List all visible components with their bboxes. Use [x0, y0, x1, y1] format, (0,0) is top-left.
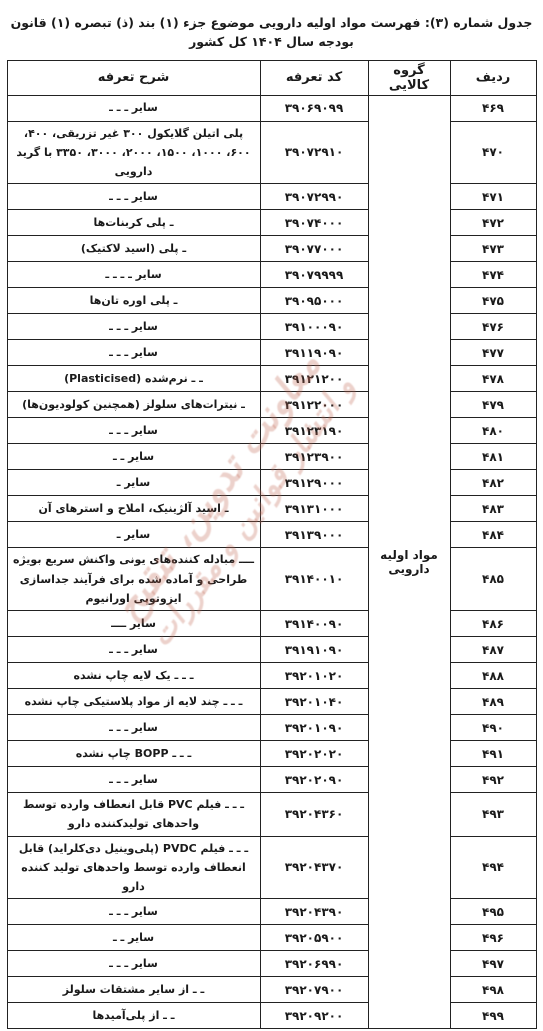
table-row: ۴۷۳۳۹۰۷۷۰۰۰ـ پلی (اسید لاکتیک) — [7, 236, 536, 262]
row-number-cell: ۴۹۲ — [450, 767, 536, 793]
row-number-cell: ۴۷۵ — [450, 288, 536, 314]
table-row: ۴۹۷۳۹۲۰۶۹۹۰سایر ـ ـ ـ — [7, 951, 536, 977]
tariff-description-cell: ـ ـ ـ فیلم PVDC (پلی‌وینیل دی‌کلراید) قا… — [7, 836, 260, 899]
table-row: ۴۷۴۳۹۰۷۹۹۹۹سایر ـ ـ ـ ـ — [7, 262, 536, 288]
page-title: جدول شماره (۳): فهرست مواد اولیه دارویی … — [0, 0, 543, 60]
header-tariff-description: شرح تعرفه — [7, 60, 260, 95]
table-row: ۴۹۰۳۹۲۰۱۰۹۰سایر ـ ـ ـ — [7, 715, 536, 741]
tariff-code-cell: ۳۹۲۰۱۰۲۰ — [260, 663, 368, 689]
row-number-cell: ۴۹۶ — [450, 925, 536, 951]
table-row: ۴۸۳۳۹۱۳۱۰۰۰ـ اسید آلژینیک، املاح و استره… — [7, 496, 536, 522]
table-row: ۴۹۴۳۹۲۰۴۳۷۰ـ ـ ـ فیلم PVDC (پلی‌وینیل دی… — [7, 836, 536, 899]
row-number-cell: ۴۹۷ — [450, 951, 536, 977]
tariff-code-cell: ۳۹۲۰۵۹۰۰ — [260, 925, 368, 951]
tariff-code-cell: ۳۹۲۰۹۲۰۰ — [260, 1003, 368, 1029]
header-tariff-code: کد تعرفه — [260, 60, 368, 95]
tariff-code-cell: ۳۹۱۰۰۰۹۰ — [260, 314, 368, 340]
tariff-code-cell: ۳۹۱۲۳۹۰۰ — [260, 444, 368, 470]
table-row: ۴۸۷۳۹۱۹۱۰۹۰سایر ـ ـ ـ — [7, 637, 536, 663]
tariff-description-cell: ــــ مبادله کننده‌های یونی واکنش سریع بو… — [7, 548, 260, 611]
header-goods-group: گروه کالایی — [368, 60, 450, 95]
row-number-cell: ۴۸۴ — [450, 522, 536, 548]
row-number-cell: ۴۹۰ — [450, 715, 536, 741]
table-row: ۴۹۳۳۹۲۰۴۳۶۰ـ ـ ـ فیلم PVC قابل انعطاف وا… — [7, 793, 536, 837]
tariff-description-cell: سایر ـ ـ ـ — [7, 95, 260, 121]
tariff-description-cell: سایر ـ ـ ـ — [7, 767, 260, 793]
row-number-cell: ۴۸۸ — [450, 663, 536, 689]
row-number-cell: ۴۷۷ — [450, 340, 536, 366]
row-number-cell: ۴۸۱ — [450, 444, 536, 470]
tariff-code-cell: ۳۹۲۰۴۳۹۰ — [260, 899, 368, 925]
tariff-description-cell: سایر ـ ـ ـ — [7, 899, 260, 925]
table-row: ۴۷۸۳۹۱۲۱۲۰۰ـ ـ نرم‌شده (Plasticised) — [7, 366, 536, 392]
tariff-code-cell: ۳۹۱۲۲۰۰۰ — [260, 392, 368, 418]
tariff-code-cell: ۳۹۲۰۲۰۲۰ — [260, 741, 368, 767]
table-row: ۴۷۰۳۹۰۷۲۹۱۰پلی اتیلن گلایکول ۳۰۰ غیر تزر… — [7, 121, 536, 184]
tariff-description-cell: ـ پلی اوره تان‌ها — [7, 288, 260, 314]
table-row: ۴۷۱۳۹۰۷۲۹۹۰سایر ـ ـ ـ — [7, 184, 536, 210]
table-row: ۴۸۴۳۹۱۳۹۰۰۰سایر ـ — [7, 522, 536, 548]
table-row: ۴۸۸۳۹۲۰۱۰۲۰ـ ـ ـ یک لایه چاپ نشده — [7, 663, 536, 689]
table-row: ۴۷۲۳۹۰۷۴۰۰۰ـ پلی کربنات‌ها — [7, 210, 536, 236]
tariff-code-cell: ۳۹۲۰۶۹۹۰ — [260, 951, 368, 977]
table-row: ۴۹۱۳۹۲۰۲۰۲۰ـ ـ ـ BOPP چاپ نشده — [7, 741, 536, 767]
table-row: ۴۹۹۳۹۲۰۹۲۰۰ـ ـ از پلی‌آمیدها — [7, 1003, 536, 1029]
table-row: ۴۹۶۳۹۲۰۵۹۰۰سایر ـ ـ — [7, 925, 536, 951]
tariff-description-cell: ـ ـ نرم‌شده (Plasticised) — [7, 366, 260, 392]
row-number-cell: ۴۸۰ — [450, 418, 536, 444]
table-row: ۴۸۲۳۹۱۲۹۰۰۰سایر ـ — [7, 470, 536, 496]
tariff-code-cell: ۳۹۰۷۲۹۱۰ — [260, 121, 368, 184]
row-number-cell: ۴۷۲ — [450, 210, 536, 236]
row-number-cell: ۴۶۹ — [450, 95, 536, 121]
row-number-cell: ۴۸۶ — [450, 611, 536, 637]
tariff-description-cell: ـ نیترات‌های سلولز (همچنین کولودیون‌ها) — [7, 392, 260, 418]
tariff-code-cell: ۳۹۰۶۹۰۹۹ — [260, 95, 368, 121]
tariff-code-cell: ۳۹۱۳۹۰۰۰ — [260, 522, 368, 548]
tariff-code-cell: ۳۹۰۷۴۰۰۰ — [260, 210, 368, 236]
tariff-code-cell: ۳۹۱۲۱۲۰۰ — [260, 366, 368, 392]
document-page: جدول شماره (۳): فهرست مواد اولیه دارویی … — [0, 0, 543, 1031]
tariff-description-cell: سایر ــــ — [7, 611, 260, 637]
tariff-table: ردیف گروه کالایی کد تعرفه شرح تعرفه ۴۶۹م… — [7, 60, 537, 1030]
tariff-description-cell: ـ پلی کربنات‌ها — [7, 210, 260, 236]
tariff-description-cell: ـ ـ ـ فیلم PVC قابل انعطاف وارده توسط وا… — [7, 793, 260, 837]
tariff-code-cell: ۳۹۱۴۰۰۹۰ — [260, 611, 368, 637]
tariff-code-cell: ۳۹۱۲۹۰۰۰ — [260, 470, 368, 496]
tariff-code-cell: ۳۹۱۴۰۰۱۰ — [260, 548, 368, 611]
table-row: ۴۹۵۳۹۲۰۴۳۹۰سایر ـ ـ ـ — [7, 899, 536, 925]
table-row: ۴۸۵۳۹۱۴۰۰۱۰ــــ مبادله کننده‌های یونی وا… — [7, 548, 536, 611]
tariff-description-cell: سایر ـ ـ ـ — [7, 184, 260, 210]
tariff-description-cell: ـ ـ ـ یک لایه چاپ نشده — [7, 663, 260, 689]
tariff-description-cell: سایر ـ ـ ـ — [7, 715, 260, 741]
table-row: ۴۶۹مواد اولیه دارویی۳۹۰۶۹۰۹۹سایر ـ ـ ـ — [7, 95, 536, 121]
table-row: ۴۸۱۳۹۱۲۳۹۰۰سایر ـ ـ — [7, 444, 536, 470]
tariff-description-cell: ـ ـ از پلی‌آمیدها — [7, 1003, 260, 1029]
tariff-code-cell: ۳۹۲۰۲۰۹۰ — [260, 767, 368, 793]
tariff-code-cell: ۳۹۰۷۲۹۹۰ — [260, 184, 368, 210]
tariff-code-cell: ۳۹۱۳۱۰۰۰ — [260, 496, 368, 522]
table-row: ۴۸۶۳۹۱۴۰۰۹۰سایر ــــ — [7, 611, 536, 637]
tariff-code-cell: ۳۹۲۰۴۳۷۰ — [260, 836, 368, 899]
table-row: ۴۷۶۳۹۱۰۰۰۹۰سایر ـ ـ ـ — [7, 314, 536, 340]
row-number-cell: ۴۹۵ — [450, 899, 536, 925]
table-row: ۴۸۰۳۹۱۲۳۱۹۰سایر ـ ـ ـ — [7, 418, 536, 444]
row-number-cell: ۴۹۱ — [450, 741, 536, 767]
tariff-code-cell: ۳۹۰۷۹۹۹۹ — [260, 262, 368, 288]
row-number-cell: ۴۷۴ — [450, 262, 536, 288]
tariff-code-cell: ۳۹۲۰۱۰۹۰ — [260, 715, 368, 741]
tariff-code-cell: ۳۹۲۰۷۹۰۰ — [260, 977, 368, 1003]
table-header: ردیف گروه کالایی کد تعرفه شرح تعرفه — [7, 60, 536, 95]
table-row: ۴۷۷۳۹۱۱۹۰۹۰سایر ـ ـ ـ — [7, 340, 536, 366]
tariff-description-cell: سایر ـ ـ ـ — [7, 314, 260, 340]
table-row: ۴۹۸۳۹۲۰۷۹۰۰ـ ـ از سایر مشتقات سلولز — [7, 977, 536, 1003]
row-number-cell: ۴۷۱ — [450, 184, 536, 210]
tariff-description-cell: سایر ـ ـ ـ — [7, 340, 260, 366]
tariff-code-cell: ۳۹۲۰۴۳۶۰ — [260, 793, 368, 837]
tariff-code-cell: ۳۹۱۱۹۰۹۰ — [260, 340, 368, 366]
tariff-description-cell: ـ اسید آلژینیک، املاح و استرهای آن — [7, 496, 260, 522]
tariff-description-cell: سایر ـ — [7, 522, 260, 548]
row-number-cell: ۴۷۶ — [450, 314, 536, 340]
row-number-cell: ۴۹۸ — [450, 977, 536, 1003]
tariff-description-cell: ـ ـ ـ چند لایه از مواد پلاستیکی چاپ نشده — [7, 689, 260, 715]
table-row: ۴۸۹۳۹۲۰۱۰۴۰ـ ـ ـ چند لایه از مواد پلاستی… — [7, 689, 536, 715]
tariff-description-cell: ـ ـ ـ BOPP چاپ نشده — [7, 741, 260, 767]
tariff-description-cell: ـ پلی (اسید لاکتیک) — [7, 236, 260, 262]
row-number-cell: ۴۷۸ — [450, 366, 536, 392]
row-number-cell: ۴۹۳ — [450, 793, 536, 837]
tariff-code-cell: ۳۹۱۲۳۱۹۰ — [260, 418, 368, 444]
row-number-cell: ۴۹۹ — [450, 1003, 536, 1029]
goods-group-cell: مواد اولیه دارویی — [368, 95, 450, 1029]
tariff-code-cell: ۳۹۲۰۱۰۴۰ — [260, 689, 368, 715]
tariff-code-cell: ۳۹۰۹۵۰۰۰ — [260, 288, 368, 314]
row-number-cell: ۴۸۹ — [450, 689, 536, 715]
tariff-description-cell: سایر ـ — [7, 470, 260, 496]
table-row: ۴۷۵۳۹۰۹۵۰۰۰ـ پلی اوره تان‌ها — [7, 288, 536, 314]
row-number-cell: ۴۷۳ — [450, 236, 536, 262]
header-row: ردیف گروه کالایی کد تعرفه شرح تعرفه — [7, 60, 536, 95]
tariff-description-cell: پلی اتیلن گلایکول ۳۰۰ غیر تزریقی، ۴۰۰، ۶… — [7, 121, 260, 184]
tariff-description-cell: سایر ـ ـ — [7, 444, 260, 470]
tariff-description-cell: سایر ـ ـ — [7, 925, 260, 951]
table-body: ۴۶۹مواد اولیه دارویی۳۹۰۶۹۰۹۹سایر ـ ـ ـ۴۷… — [7, 95, 536, 1029]
table-row: ۴۹۲۳۹۲۰۲۰۹۰سایر ـ ـ ـ — [7, 767, 536, 793]
row-number-cell: ۴۹۴ — [450, 836, 536, 899]
table-row: ۴۷۹۳۹۱۲۲۰۰۰ـ نیترات‌های سلولز (همچنین کو… — [7, 392, 536, 418]
tariff-description-cell: سایر ـ ـ ـ ـ — [7, 262, 260, 288]
row-number-cell: ۴۸۷ — [450, 637, 536, 663]
row-number-cell: ۴۸۲ — [450, 470, 536, 496]
tariff-code-cell: ۳۹۰۷۷۰۰۰ — [260, 236, 368, 262]
row-number-cell: ۴۸۳ — [450, 496, 536, 522]
tariff-description-cell: ـ ـ از سایر مشتقات سلولز — [7, 977, 260, 1003]
row-number-cell: ۴۸۵ — [450, 548, 536, 611]
tariff-description-cell: سایر ـ ـ ـ — [7, 418, 260, 444]
header-row-number: ردیف — [450, 60, 536, 95]
tariff-description-cell: سایر ـ ـ ـ — [7, 951, 260, 977]
row-number-cell: ۴۷۹ — [450, 392, 536, 418]
row-number-cell: ۴۷۰ — [450, 121, 536, 184]
tariff-description-cell: سایر ـ ـ ـ — [7, 637, 260, 663]
tariff-code-cell: ۳۹۱۹۱۰۹۰ — [260, 637, 368, 663]
